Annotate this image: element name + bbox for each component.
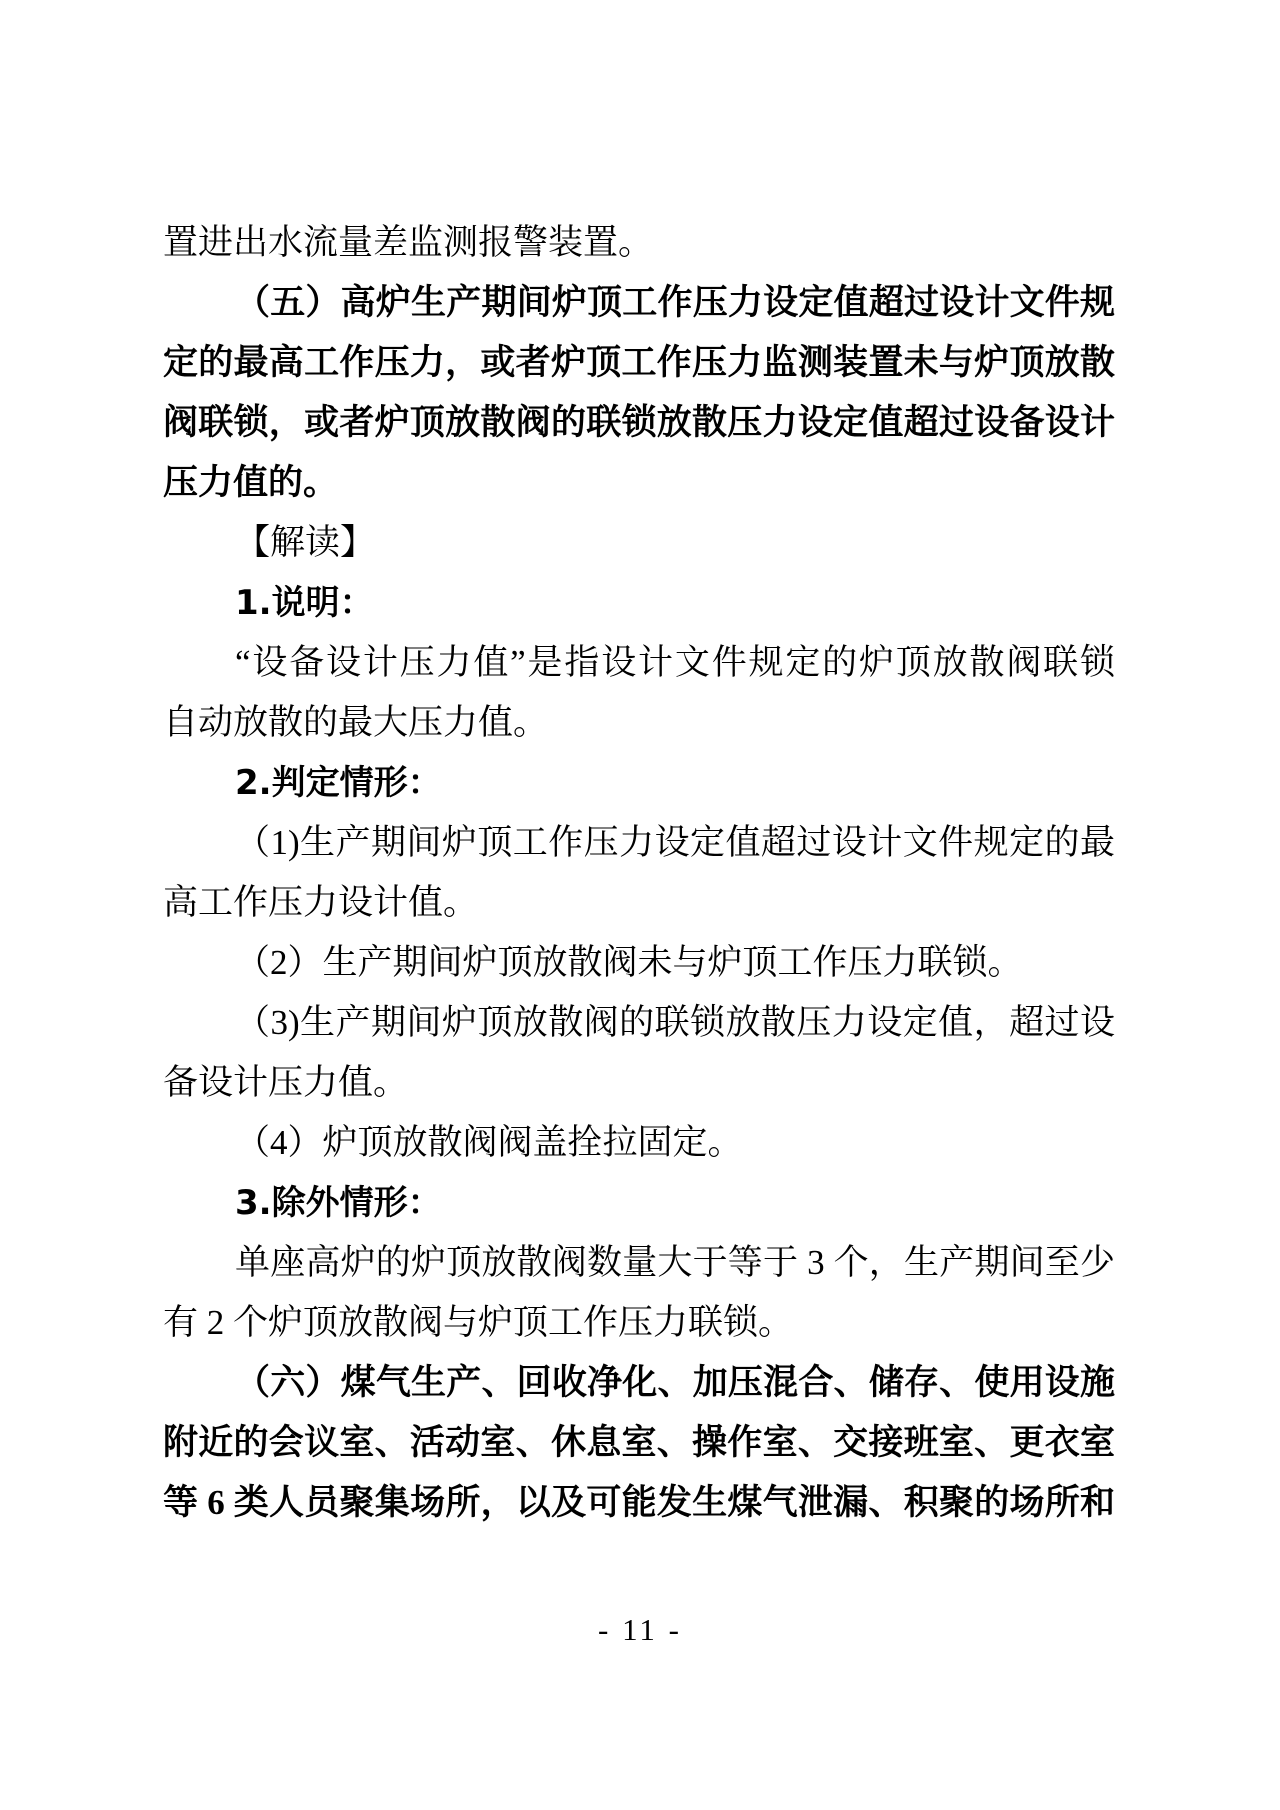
item-6-line-2: 附近的会议室、活动室、休息室、操作室、交接班室、更衣室: [163, 1413, 1115, 1473]
paragraph-continuation-line: 置进出水流量差监测报警装置。: [163, 213, 1115, 273]
section-heading-exception: 3.除外情形：: [163, 1173, 1115, 1233]
exception-line-1: 单座高炉的炉顶放散阀数量大于等于 3 个，生产期间至少: [163, 1233, 1115, 1293]
item-6-line-3: 等 6 类人员聚集场所，以及可能发生煤气泄漏、积聚的场所和: [163, 1473, 1115, 1533]
item-5-line-2: 定的最高工作压力，或者炉顶工作压力监测装置未与炉顶放散: [163, 333, 1115, 393]
document-body: 置进出水流量差监测报警装置。 （五）高炉生产期间炉顶工作压力设定值超过设计文件规…: [163, 213, 1115, 1533]
judgement-item-1-line-2: 高工作压力设计值。: [163, 873, 1115, 933]
item-6-line-1: （六）煤气生产、回收净化、加压混合、储存、使用设施: [163, 1353, 1115, 1413]
document-page: 置进出水流量差监测报警装置。 （五）高炉生产期间炉顶工作压力设定值超过设计文件规…: [0, 0, 1280, 1810]
item-5-line-3: 阀联锁，或者炉顶放散阀的联锁放散压力设定值超过设备设计: [163, 393, 1115, 453]
item-5-line-4: 压力值的。: [163, 453, 1115, 513]
judgement-item-4: （4）炉顶放散阀阀盖拴拉固定。: [163, 1113, 1115, 1173]
judgement-item-1-line-1: （1)生产期间炉顶工作压力设定值超过设计文件规定的最: [163, 813, 1115, 873]
section-heading-explanation: 1.说明：: [163, 573, 1115, 633]
section-heading-judgement: 2.判定情形：: [163, 753, 1115, 813]
page-number: - 11 -: [0, 1608, 1280, 1652]
item-5-line-1: （五）高炉生产期间炉顶工作压力设定值超过设计文件规: [163, 273, 1115, 333]
exception-line-2: 有 2 个炉顶放散阀与炉顶工作压力联锁。: [163, 1293, 1115, 1353]
explanation-line-1: “设备设计压力值”是指设计文件规定的炉顶放散阀联锁: [163, 633, 1115, 693]
judgement-item-3-line-2: 备设计压力值。: [163, 1053, 1115, 1113]
judgement-item-3-line-1: （3)生产期间炉顶放散阀的联锁放散压力设定值，超过设: [163, 993, 1115, 1053]
explanation-line-2: 自动放散的最大压力值。: [163, 693, 1115, 753]
interpretation-label: 【解读】: [163, 513, 1115, 573]
judgement-item-2: （2）生产期间炉顶放散阀未与炉顶工作压力联锁。: [163, 933, 1115, 993]
